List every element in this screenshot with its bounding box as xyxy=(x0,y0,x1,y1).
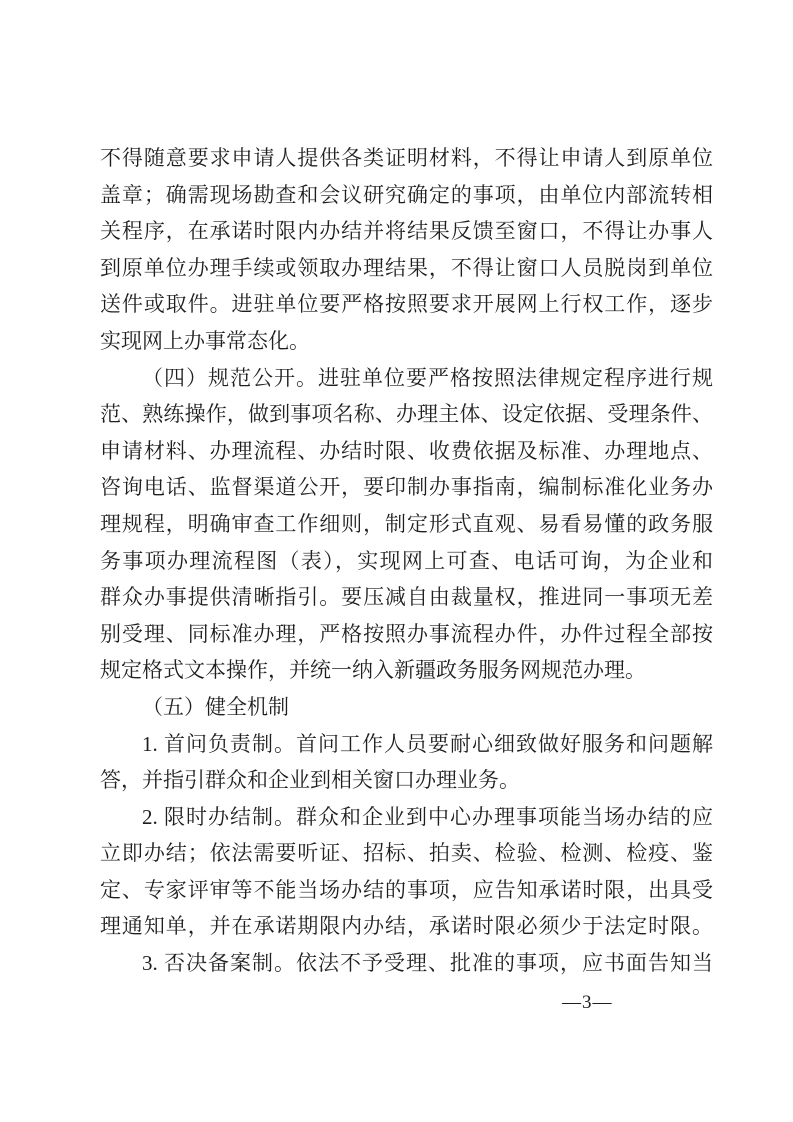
text-line: 关程序，在承诺时限内办结并将结果反馈至窗口，不得让办事人 xyxy=(100,213,713,250)
text-line: 规定格式文本操作，并统一纳入新疆政务服务网规范办理。 xyxy=(100,652,713,689)
text-line: 送件或取件。进驻单位要严格按照要求开展网上行权工作，逐步 xyxy=(100,286,713,323)
text-line: 2. 限时办结制。群众和企业到中心办理事项能当场办结的应 xyxy=(100,799,713,836)
text-line: 理通知单，并在承诺期限内办结，承诺时限必须少于法定时限。 xyxy=(100,908,713,945)
page-number: —3— xyxy=(562,992,613,1014)
text-line: 务事项办理流程图（表），实现网上可查、电话可询，为企业和 xyxy=(100,543,713,580)
text-line: 申请材料、办理流程、办结时限、收费依据及标准、办理地点、 xyxy=(100,433,713,470)
document-page: 不得随意要求申请人提供各类证明材料，不得让申请人到原单位盖章；确需现场勘查和会议… xyxy=(0,0,793,1122)
text-line: 1. 首问负责制。首问工作人员要耐心细致做好服务和问题解 xyxy=(100,726,713,763)
paragraph-section-5-heading: （五）健全机制 xyxy=(100,689,713,726)
text-line: 实现网上办事常态化。 xyxy=(100,323,713,360)
paragraph-item-3-rejection-filing: 3. 否决备案制。依法不予受理、批准的事项，应书面告知当 xyxy=(100,945,713,982)
text-line: 别受理、同标准办理，严格按照办事流程办件，办件过程全部按 xyxy=(100,616,713,653)
paragraph-item-1-first-inquiry-responsibility: 1. 首问负责制。首问工作人员要耐心细致做好服务和问题解答，并指引群众和企业到相… xyxy=(100,726,713,799)
text-line: （四）规范公开。进驻单位要严格按照法律规定程序进行规 xyxy=(100,360,713,397)
text-line: 范、熟练操作，做到事项名称、办理主体、设定依据、受理条件、 xyxy=(100,396,713,433)
text-line: 立即办结；依法需要听证、招标、拍卖、检验、检测、检疫、鉴 xyxy=(100,835,713,872)
text-line: 到原单位办理手续或领取办理结果，不得让窗口人员脱岗到单位 xyxy=(100,250,713,287)
paragraph-section-4-standardized-disclosure: （四）规范公开。进驻单位要严格按照法律规定程序进行规范、熟练操作，做到事项名称、… xyxy=(100,360,713,689)
paragraph-continuation: 不得随意要求申请人提供各类证明材料，不得让申请人到原单位盖章；确需现场勘查和会议… xyxy=(100,140,713,360)
document-body: 不得随意要求申请人提供各类证明材料，不得让申请人到原单位盖章；确需现场勘查和会议… xyxy=(100,140,713,982)
text-line: 理规程，明确审查工作细则，制定形式直观、易看易懂的政务服 xyxy=(100,506,713,543)
text-line: 定、专家评审等不能当场办结的事项，应告知承诺时限，出具受 xyxy=(100,872,713,909)
text-line: 咨询电话、监督渠道公开，要印制办事指南，编制标准化业务办 xyxy=(100,469,713,506)
paragraph-item-2-time-limited-completion: 2. 限时办结制。群众和企业到中心办理事项能当场办结的应立即办结；依法需要听证、… xyxy=(100,799,713,945)
text-line: 不得随意要求申请人提供各类证明材料，不得让申请人到原单位 xyxy=(100,140,713,177)
text-line: 答，并指引群众和企业到相关窗口办理业务。 xyxy=(100,762,713,799)
text-line: （五）健全机制 xyxy=(100,689,713,726)
text-line: 3. 否决备案制。依法不予受理、批准的事项，应书面告知当 xyxy=(100,945,713,982)
text-line: 盖章；确需现场勘查和会议研究确定的事项，由单位内部流转相 xyxy=(100,177,713,214)
text-line: 群众办事提供清晰指引。要压减自由裁量权，推进同一事项无差 xyxy=(100,579,713,616)
